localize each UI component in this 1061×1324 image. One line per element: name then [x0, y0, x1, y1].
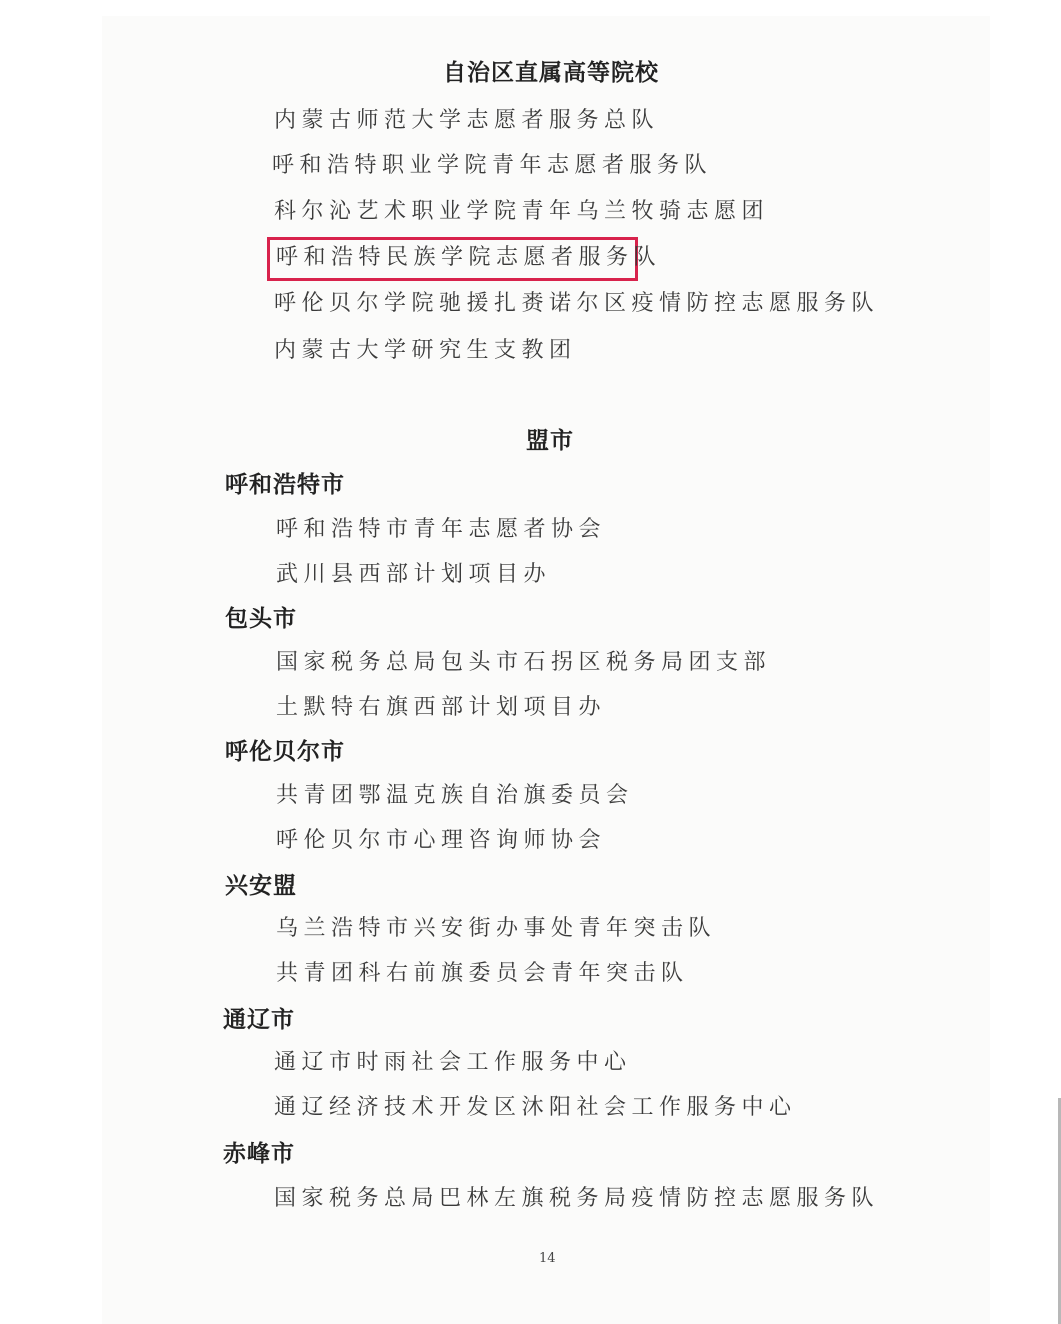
list-item: 呼伦贝尔市心理咨询师协会	[276, 830, 606, 852]
list-item: 呼和浩特市青年志愿者协会	[276, 519, 606, 541]
section-title-universities: 自治区直属高等院校	[443, 62, 659, 85]
list-item: 呼伦贝尔学院驰援扎赉诺尔区疫情防控志愿服务队	[274, 293, 879, 315]
region-heading: 呼伦贝尔市	[225, 741, 345, 764]
list-item: 通辽经济技术开发区沐阳社会工作服务中心	[274, 1097, 797, 1119]
region-heading: 通辽市	[223, 1009, 295, 1032]
list-item-highlighted: 呼和浩特民族学院志愿者服务队	[276, 247, 661, 269]
list-item: 通辽市时雨社会工作服务中心	[274, 1052, 632, 1074]
list-item: 科尔沁艺术职业学院青年乌兰牧骑志愿团	[274, 201, 769, 223]
list-item: 呼和浩特职业学院青年志愿者服务队	[272, 155, 712, 177]
region-heading: 赤峰市	[223, 1143, 295, 1166]
list-item: 内蒙古师范大学志愿者服务总队	[274, 110, 659, 132]
list-item: 武川县西部计划项目办	[276, 564, 551, 586]
list-item: 共青团鄂温克族自治旗委员会	[276, 785, 634, 807]
region-heading: 呼和浩特市	[225, 474, 345, 497]
list-item: 国家税务总局巴林左旗税务局疫情防控志愿服务队	[274, 1188, 879, 1210]
list-item: 共青团科右前旗委员会青年突击队	[276, 963, 689, 985]
region-heading: 兴安盟	[225, 875, 297, 898]
list-item: 乌兰浩特市兴安街办事处青年突击队	[276, 918, 716, 940]
list-item: 国家税务总局包头市石拐区税务局团支部	[276, 652, 771, 674]
region-heading: 包头市	[225, 608, 297, 631]
list-item: 内蒙古大学研究生支教团	[274, 340, 577, 362]
list-item: 土默特右旗西部计划项目办	[276, 697, 606, 719]
section-title-leagues-cities: 盟市	[526, 430, 574, 453]
page-number: 14	[539, 1252, 556, 1265]
